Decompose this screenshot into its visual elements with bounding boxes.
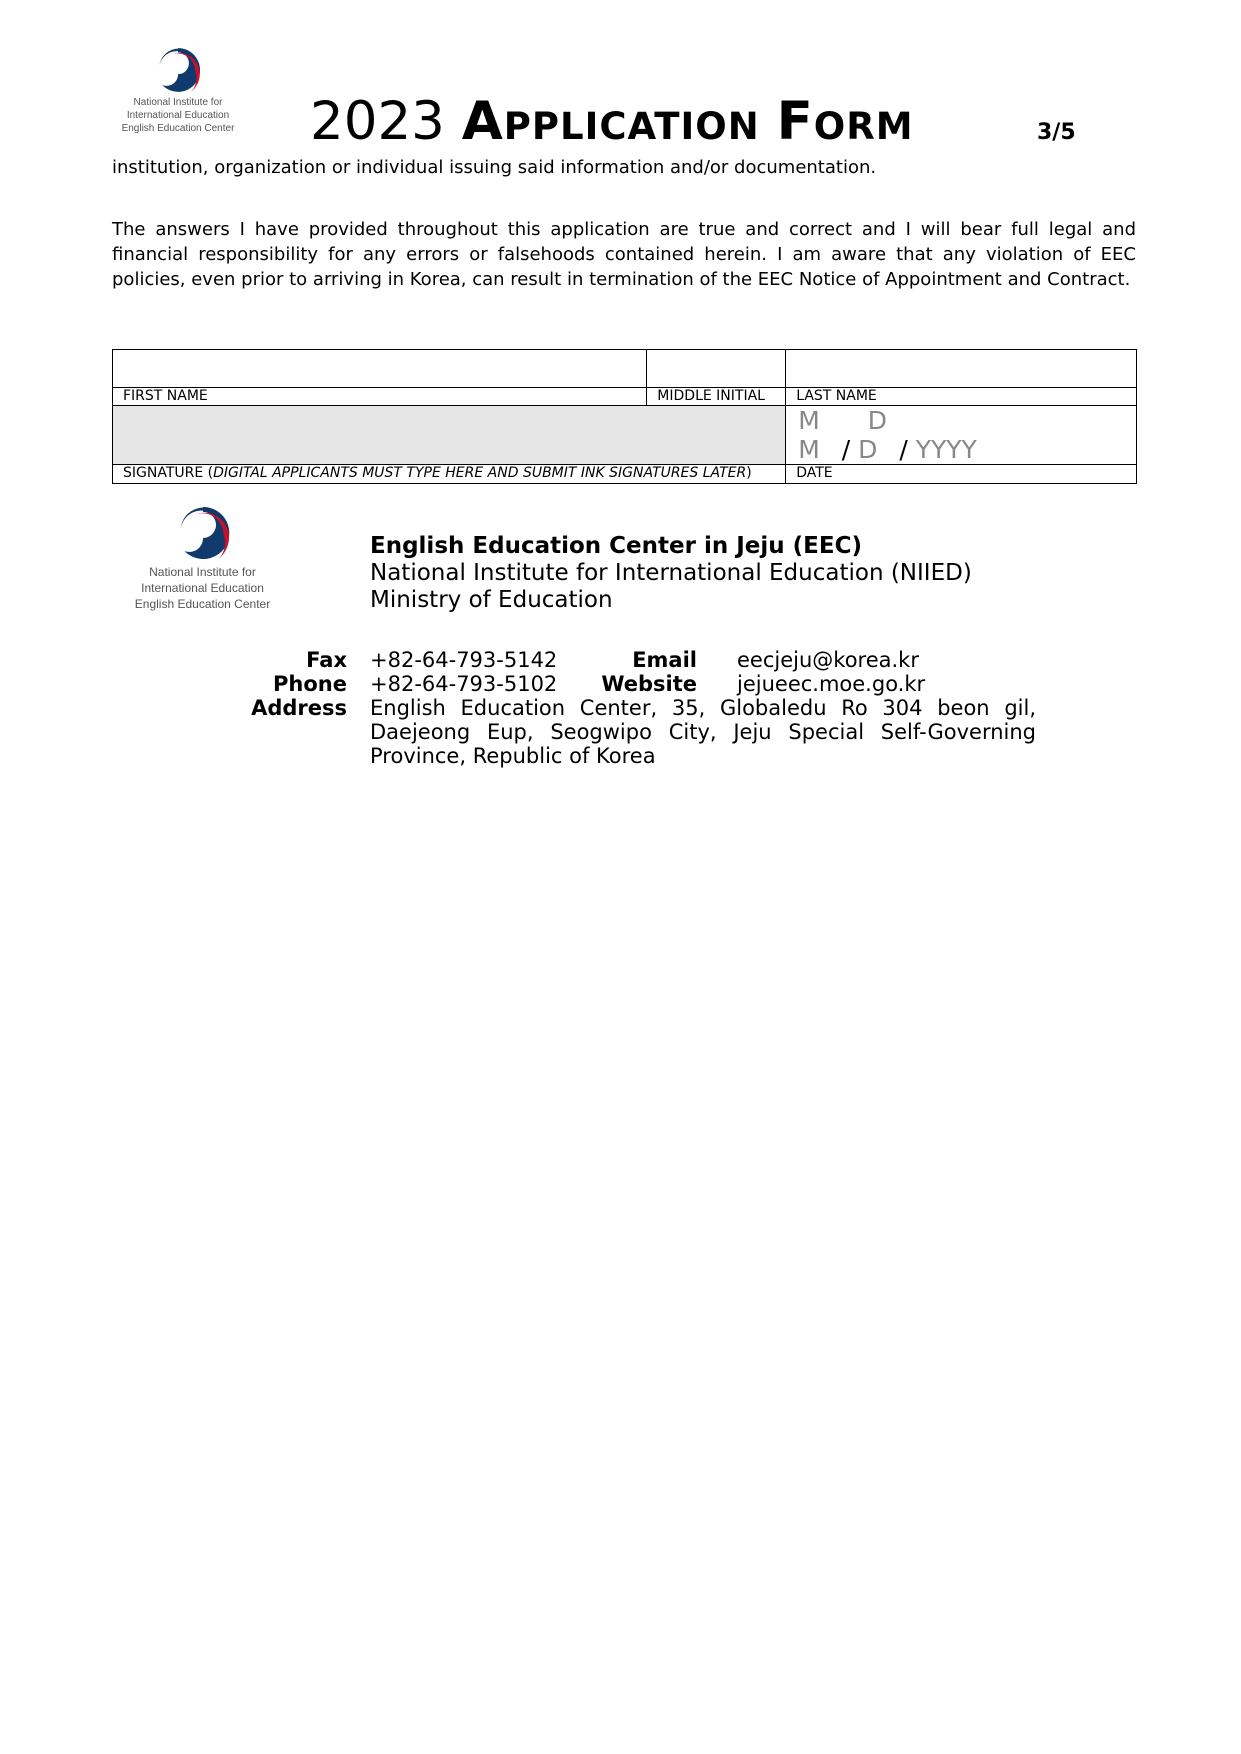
- day-placeholder: D: [858, 435, 877, 464]
- title-year: 2023: [310, 91, 445, 152]
- email-link[interactable]: eecjeju@korea.kr: [737, 648, 919, 672]
- last-name-label: LAST NAME: [786, 388, 1137, 406]
- logo-line: International Education: [120, 580, 285, 596]
- org-ministry: Ministry of Education: [370, 587, 972, 614]
- contact-block: Fax +82-64-793-5142 Email eecjeju@korea.…: [240, 648, 1040, 768]
- signature-label-suffix: ): [746, 465, 751, 481]
- signature-field[interactable]: [113, 406, 786, 465]
- last-name-field[interactable]: [786, 350, 1137, 388]
- first-name-label: FIRST NAME: [113, 388, 647, 406]
- logo-line: National Institute for: [108, 96, 248, 109]
- organization-block: English Education Center in Jeju (EEC) N…: [370, 533, 972, 614]
- applicant-signature-table: FIRST NAME MIDDLE INITIAL LAST NAME MD M…: [112, 349, 1137, 484]
- taegeuk-emblem-icon: [152, 44, 204, 96]
- day-placeholder: D: [868, 406, 887, 435]
- address-text: English Education Center, 35, Globaledu …: [370, 696, 1036, 768]
- signature-label: SIGNATURE (DIGITAL APPLICANTS MUST TYPE …: [113, 465, 786, 484]
- phone-label: Phone: [273, 672, 347, 696]
- declaration-paragraph: The answers I have provided throughout t…: [112, 217, 1136, 292]
- signature-label-note: DIGITAL APPLICANTS MUST TYPE HERE AND SU…: [213, 465, 746, 481]
- logo-line: International Education: [108, 109, 248, 122]
- fax-number: +82-64-793-5142: [370, 648, 557, 672]
- title-word: Application: [462, 91, 760, 152]
- logo-line: English Education Center: [108, 122, 248, 135]
- fax-label: Fax: [306, 648, 347, 672]
- niied-logo-footer: National Institute for International Edu…: [120, 502, 285, 612]
- logo-line: English Education Center: [120, 596, 285, 612]
- org-name: English Education Center in Jeju (EEC): [370, 533, 972, 560]
- page-title: 2023 Application Form: [310, 92, 914, 152]
- email-label: Email: [632, 648, 697, 672]
- year-placeholder: YYYY: [916, 435, 977, 464]
- website-link[interactable]: jejueec.moe.go.kr: [737, 672, 925, 696]
- title-word: Form: [777, 91, 914, 152]
- middle-initial-field[interactable]: [647, 350, 786, 388]
- month-placeholder: M: [798, 435, 820, 464]
- paragraph-continued: institution, organization or individual …: [112, 155, 1136, 180]
- date-placeholder-top: MD: [798, 406, 1126, 435]
- address-label: Address: [251, 696, 347, 720]
- first-name-field[interactable]: [113, 350, 647, 388]
- middle-initial-label: MIDDLE INITIAL: [647, 388, 786, 406]
- date-field[interactable]: MD M / D / YYYY: [786, 406, 1137, 465]
- logo-line: National Institute for: [120, 564, 285, 580]
- signature-label-prefix: SIGNATURE (: [123, 465, 213, 481]
- date-label: DATE: [786, 465, 1137, 484]
- org-parent: National Institute for International Edu…: [370, 560, 972, 587]
- month-placeholder: M: [798, 406, 820, 435]
- niied-logo: National Institute for International Edu…: [108, 44, 248, 135]
- date-separator: /: [842, 435, 850, 464]
- date-placeholder: M / D / YYYY: [798, 435, 1126, 464]
- page-indicator: 3/5: [1037, 120, 1076, 145]
- date-separator: /: [899, 435, 907, 464]
- phone-number: +82-64-793-5102: [370, 672, 557, 696]
- website-label: Website: [601, 672, 697, 696]
- taegeuk-emblem-icon: [172, 502, 234, 564]
